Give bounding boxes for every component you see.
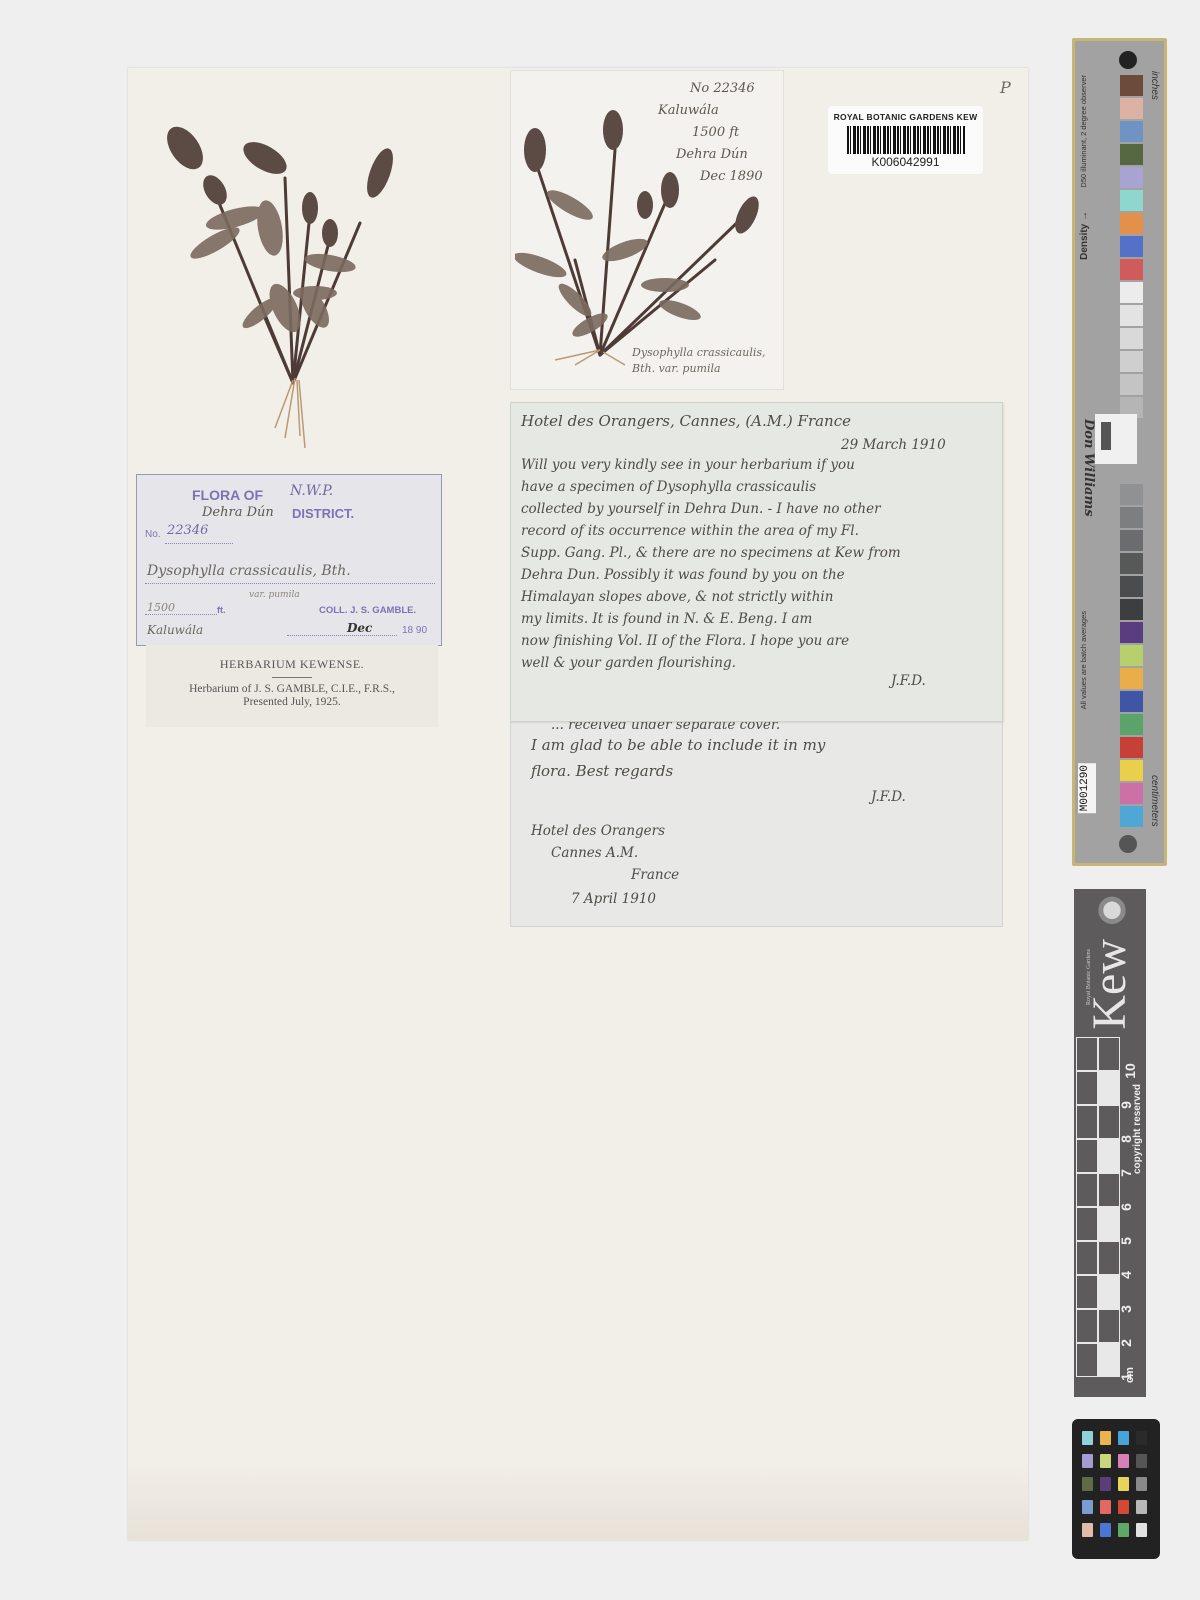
collector: COLL. J. S. GAMBLE. (319, 605, 416, 616)
scale-number: 2 (1118, 1339, 1134, 1347)
scale-cell (1076, 1105, 1098, 1139)
packet-determination-line2: Bth. var. pumila (632, 361, 766, 377)
kew-scale-bar: Royal Botanic Gardens Kew 12345678910 co… (1074, 889, 1146, 1397)
letter-line: have a specimen of Dysophylla crassicaul… (521, 477, 816, 499)
scale-cell (1076, 1037, 1098, 1071)
scale-cell (1098, 1139, 1120, 1173)
color-patch (1120, 553, 1143, 574)
scale-checkerboard (1076, 1037, 1120, 1387)
color-checker-patch (1100, 1523, 1111, 1537)
color-checker-patch (1082, 1523, 1093, 1537)
color-patches-top (1120, 75, 1143, 420)
color-checker-patch (1136, 1523, 1147, 1537)
barcode-icon (847, 126, 965, 154)
color-checker-patch (1082, 1500, 1093, 1514)
color-patch (1120, 484, 1143, 505)
divider (287, 635, 397, 636)
color-checker-patch (1082, 1454, 1093, 1468)
illuminant-note: D50 illuminant, 2 degree observer (1079, 75, 1088, 188)
color-patch (1120, 714, 1143, 735)
color-reference-ruler: inches D50 illuminant, 2 degree observer… (1072, 38, 1167, 866)
scale-cell (1098, 1241, 1120, 1275)
color-checker-patch (1100, 1477, 1111, 1491)
color-patch (1120, 167, 1143, 188)
scale-cell (1076, 1207, 1098, 1241)
scale-cell (1076, 1139, 1098, 1173)
color-checker-patch (1100, 1500, 1111, 1514)
letter-line: my limits. It is found in N. & E. Beng. … (521, 609, 812, 631)
scale-cell (1076, 1275, 1098, 1309)
color-patch (1120, 374, 1143, 395)
herbarium-kewense-label: HERBARIUM KEWENSE. Herbarium of J. S. GA… (146, 645, 438, 727)
packet-field-notes: No 22346 Kaluwála 1500 ft Dehra Dún Dec … (668, 78, 763, 188)
color-patch (1120, 599, 1143, 620)
color-checker-patch (1100, 1454, 1111, 1468)
letter-page-2: ... received under separate cover. I am … (510, 720, 1003, 927)
letter2-line: France (631, 865, 679, 887)
color-patch (1120, 645, 1143, 666)
color-patch (1120, 213, 1143, 234)
scale-cell (1098, 1105, 1120, 1139)
herbarium-presented: Presented July, 1925. (146, 696, 438, 709)
letter-line: Himalayan slopes above, & not strictly w… (521, 587, 833, 609)
number-label: No. (145, 529, 161, 540)
letter-line: now finishing Vol. II of the Flora. I ho… (521, 631, 849, 653)
herbarium-provenance: Herbarium of J. S. GAMBLE, C.I.E., F.R.S… (146, 683, 438, 696)
packet-locality: Kaluwála (658, 100, 763, 122)
scale-cell (1098, 1207, 1120, 1241)
flora-of-stamp: FLORA OF (192, 487, 263, 503)
letter2-line: Cannes A.M. (551, 843, 638, 865)
color-checker-patch (1118, 1431, 1129, 1445)
scale-number: 3 (1118, 1305, 1134, 1313)
divider (145, 614, 217, 615)
color-patch (1120, 760, 1143, 781)
color-patch (1120, 691, 1143, 712)
plant-specimen-left (155, 118, 405, 448)
species-name: Dysophylla crassicaulis, Bth. (147, 563, 351, 579)
scale-cell (1076, 1343, 1098, 1377)
scale-cell (1098, 1343, 1120, 1377)
letter2-date: 7 April 1910 (571, 889, 656, 911)
color-patch (1120, 622, 1143, 643)
color-checker-patch (1118, 1454, 1129, 1468)
color-patch (1120, 190, 1143, 211)
specimen-number: 22346 (167, 523, 208, 538)
altitude-value: 1500 (147, 601, 175, 614)
letter-signature: J.F.D. (891, 671, 926, 693)
scale-cell (1098, 1275, 1120, 1309)
copyright-text: copyright reserved (1132, 1084, 1143, 1174)
scale-number: 10 (1122, 1063, 1138, 1079)
color-patch (1120, 576, 1143, 597)
color-checker-patch (1136, 1477, 1147, 1491)
packet-determination-line1: Dysophylla crassicaulis, (632, 345, 766, 361)
collection-year: 18 90 (402, 625, 427, 636)
packet-district: Dehra Dún (668, 144, 763, 166)
ruler-hole-icon (1119, 835, 1137, 853)
letter2-signature: J.F.D. (871, 787, 906, 809)
letter-line: Supp. Gang. Pl., & there are no specimen… (521, 543, 901, 565)
district-stamp: DISTRICT. (292, 506, 354, 521)
collection-month: Dec (347, 621, 372, 635)
packet-number: No 22346 (668, 78, 763, 100)
letter-address: Hotel des Orangers, Cannes, (A.M.) Franc… (521, 411, 851, 433)
altitude-unit: ft. (217, 605, 226, 615)
color-patch (1120, 668, 1143, 689)
color-checker-patch (1118, 1500, 1129, 1514)
color-patch (1120, 282, 1143, 303)
barcode-label: ROYAL BOTANIC GARDENS KEW K006042991 (828, 106, 983, 174)
barcode-institution: ROYAL BOTANIC GARDENS KEW (828, 112, 983, 122)
ruler-units-centimeters: centimeters (1149, 775, 1160, 827)
letter-page-1: Hotel des Orangers, Cannes, (A.M.) Franc… (510, 402, 1003, 722)
color-patch (1120, 75, 1143, 96)
color-patch (1120, 530, 1143, 551)
color-checker-patch (1136, 1500, 1147, 1514)
letter-line: Will you very kindly see in your herbari… (521, 455, 855, 477)
color-checker-patch (1118, 1523, 1129, 1537)
color-checker-patch (1100, 1431, 1111, 1445)
scale-cell (1076, 1173, 1098, 1207)
scale-number: 4 (1118, 1271, 1134, 1279)
color-checker-patch (1136, 1431, 1147, 1445)
scale-number: 5 (1118, 1237, 1134, 1245)
ruler-hole-icon (1119, 51, 1137, 69)
scale-cell (1098, 1173, 1120, 1207)
color-patch (1120, 351, 1143, 372)
ruler-units-inches: inches (1149, 71, 1160, 100)
scale-cell (1076, 1241, 1098, 1275)
color-checker-patch (1082, 1477, 1093, 1491)
letter-line: collected by yourself in Dehra Dun. - I … (521, 499, 881, 521)
flora-district-name: Dehra Dún (202, 505, 274, 520)
color-patch (1120, 507, 1143, 528)
resolution-target (1095, 414, 1137, 464)
scale-cell (1076, 1309, 1098, 1343)
herbarium-title: HERBARIUM KEWENSE. (146, 657, 438, 672)
color-patch (1120, 236, 1143, 257)
ruler-id: M001290 (1078, 763, 1096, 813)
color-checker-patch (1136, 1454, 1147, 1468)
royal-crest-icon (1096, 895, 1128, 929)
color-patch (1120, 305, 1143, 326)
letter-line: Dehra Dun. Possibly it was found by you … (521, 565, 845, 587)
letter-date: 29 March 1910 (841, 435, 946, 457)
letter2-line: flora. Best regards (531, 761, 673, 783)
scale-cell (1098, 1071, 1120, 1105)
color-checker-card (1072, 1419, 1160, 1559)
color-checker-patch (1082, 1431, 1093, 1445)
scale-cell (1076, 1071, 1098, 1105)
density-label: Density → (1079, 211, 1090, 260)
color-checker-patch (1118, 1477, 1129, 1491)
letter2-line: I am glad to be able to include it in my (531, 735, 825, 757)
color-patch (1120, 121, 1143, 142)
kew-logo: Kew (1090, 939, 1130, 1030)
barcode-id: K006042991 (828, 155, 983, 169)
color-patch (1120, 98, 1143, 119)
variety-name: var. pumila (249, 590, 300, 600)
color-patch (1120, 783, 1143, 804)
scale-cell (1098, 1037, 1120, 1071)
packet-determination: Dysophylla crassicaulis, Bth. var. pumil… (632, 345, 766, 377)
letter-line: well & your garden flourishing. (521, 653, 736, 675)
divider (165, 543, 233, 544)
color-patch (1120, 737, 1143, 758)
scale-unit: cm (1124, 1367, 1136, 1383)
average-note: All values are batch averages (1079, 611, 1088, 709)
ruler-brand: Don Williams (1081, 419, 1096, 517)
corner-mark: P (1000, 78, 1011, 97)
packet-date: Dec 1890 (668, 166, 763, 188)
flora-region: N.W.P. (290, 483, 333, 499)
scale-number: 6 (1118, 1203, 1134, 1211)
divider (145, 583, 435, 584)
scale-cell (1098, 1309, 1120, 1343)
color-patch (1120, 259, 1143, 280)
color-patch (1120, 328, 1143, 349)
locality: Kaluwála (147, 623, 203, 637)
color-patch (1120, 144, 1143, 165)
packet-altitude: 1500 ft (668, 122, 763, 144)
divider (272, 677, 312, 678)
flora-label: FLORA OF N.W.P. Dehra Dún DISTRICT. No. … (136, 474, 442, 646)
color-patch (1120, 806, 1143, 827)
letter-line: record of its occurrence within the area… (521, 521, 859, 543)
color-patches-bottom (1120, 484, 1143, 829)
letter2-line: Hotel des Orangers (531, 821, 665, 843)
